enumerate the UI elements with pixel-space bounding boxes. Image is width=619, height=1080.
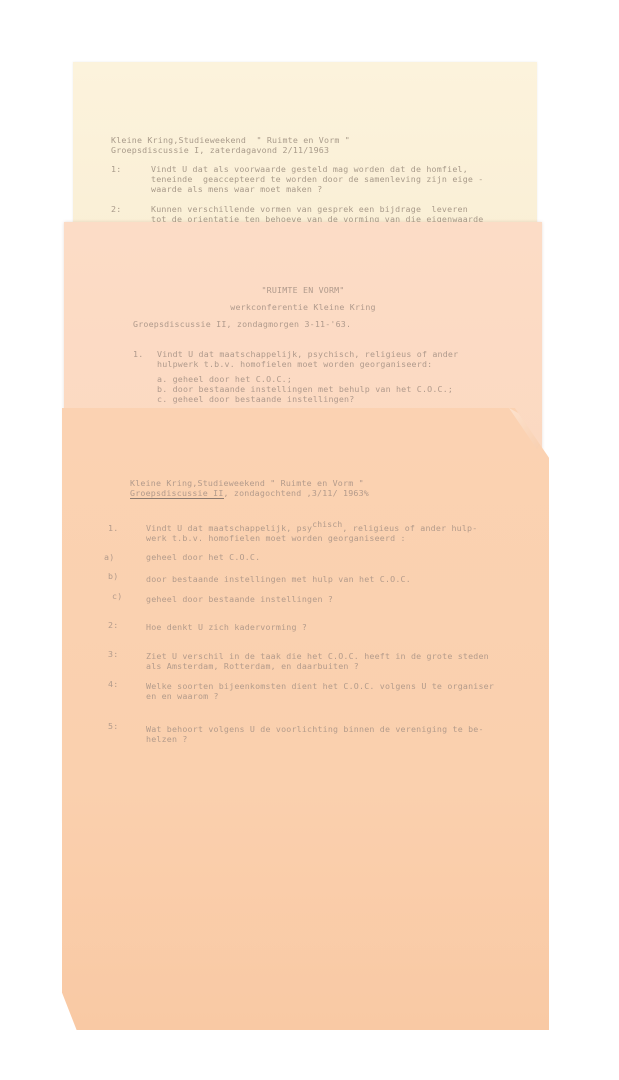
sheet2-q1-line1: Vindt U dat maatschappelijk, psychisch, …	[157, 349, 458, 359]
sheet3-q3-line2: als Amsterdam, Rotterdam, en daarbuiten …	[146, 661, 359, 671]
document-sheet-3: Kleine Kring,Studieweekend " Ruimte en V…	[62, 408, 549, 1030]
sheet3-q1-line2: werk t.b.v. homofielen moet worden georg…	[146, 533, 406, 543]
sheet2-title: "RUIMTE EN VORM"	[64, 285, 542, 295]
sheet3-q1-line1-b: , religieus of ander hulp-	[342, 523, 477, 533]
sheet2-subtitle: werkconferentie Kleine Kring	[64, 302, 542, 312]
sheet3-q5-line1: Wat behoort volgens U de voorlichting bi…	[146, 724, 484, 734]
sheet3-option-a-label: a)	[104, 552, 114, 562]
sheet3-q5-number: 5:	[108, 721, 118, 731]
sheet3-q4-line2: en en waarom ?	[146, 691, 219, 701]
sheet3-q3-number: 3:	[108, 649, 118, 659]
sheet3-option-b-text: door bestaande instellingen met hulp van…	[146, 574, 411, 584]
sheet2-q1-number: 1.	[133, 349, 143, 359]
sheet3-q3-line1: Ziet U verschil in de taak die het C.O.C…	[146, 651, 489, 661]
sheet1-header-line2: Groepsdiscussie I, zaterdagavond 2/11/19…	[111, 145, 329, 155]
sheet3-session-date: , zondagochtend ,3/11/ 1963%	[224, 488, 369, 498]
sheet1-q2-number: 2:	[111, 204, 121, 214]
sheet3-q2-number: 2:	[108, 620, 118, 630]
document-sheet-1: Kleine Kring,Studieweekend " Ruimte en V…	[73, 62, 537, 234]
sheet3-q1-line1-a: Vindt U dat maatschappelijk, psy	[146, 523, 312, 533]
sheet3-option-c-label: c)	[112, 591, 122, 601]
sheet3-option-c-text: geheel door bestaande instellingen ?	[146, 594, 333, 604]
sheet2-session: Groepsdiscussie II, zondagmorgen 3-11-'6…	[133, 319, 351, 329]
sheet3-option-a-text: geheel door het C.O.C.	[146, 552, 260, 562]
sheet3-header-line1: Kleine Kring,Studieweekend " Ruimte en V…	[130, 478, 364, 488]
sheet3-header-line2: Groepsdiscussie II, zondagochtend ,3/11/…	[130, 488, 369, 498]
sheet2-q1-option-a: a. geheel door het C.O.C.;	[157, 374, 292, 384]
sheet3-q2-line1: Hoe denkt U zich kadervorming ?	[146, 622, 307, 632]
sheet1-q1-line3: waarde als mens waar moet maken ?	[151, 184, 322, 194]
sheet3-option-b-label: b)	[108, 571, 118, 581]
sheet1-q1-line2: teneinde geaccepteerd te worden door de …	[151, 174, 484, 184]
sheet1-q2-line1: Kunnen verschillende vormen van gesprek …	[151, 204, 468, 214]
sheet3-q4-line1: Welke soorten bijeenkomsten dient het C.…	[146, 681, 494, 691]
sheet1-q1-line1: Vindt U dat als voorwaarde gesteld mag w…	[151, 164, 468, 174]
sheet3-q4-number: 4:	[108, 679, 118, 689]
sheet2-q1-option-b: b. door bestaande instellingen met behul…	[157, 384, 453, 394]
sheet3-q1-correction: chisch	[312, 520, 342, 529]
sheet2-q1-line2: hulpwerk t.b.v. homofielen moet worden g…	[157, 359, 432, 369]
sheet3-q1-number: 1.	[108, 523, 118, 533]
sheet3-session-underlined: Groepsdiscussie II	[130, 488, 224, 499]
sheet2-q1-option-c: c. geheel door bestaande instellingen?	[157, 394, 354, 404]
sheet1-q1-number: 1:	[111, 164, 121, 174]
sheet1-header-line1: Kleine Kring,Studieweekend " Ruimte en V…	[111, 135, 350, 145]
sheet3-q5-line2: helzen ?	[146, 734, 188, 744]
